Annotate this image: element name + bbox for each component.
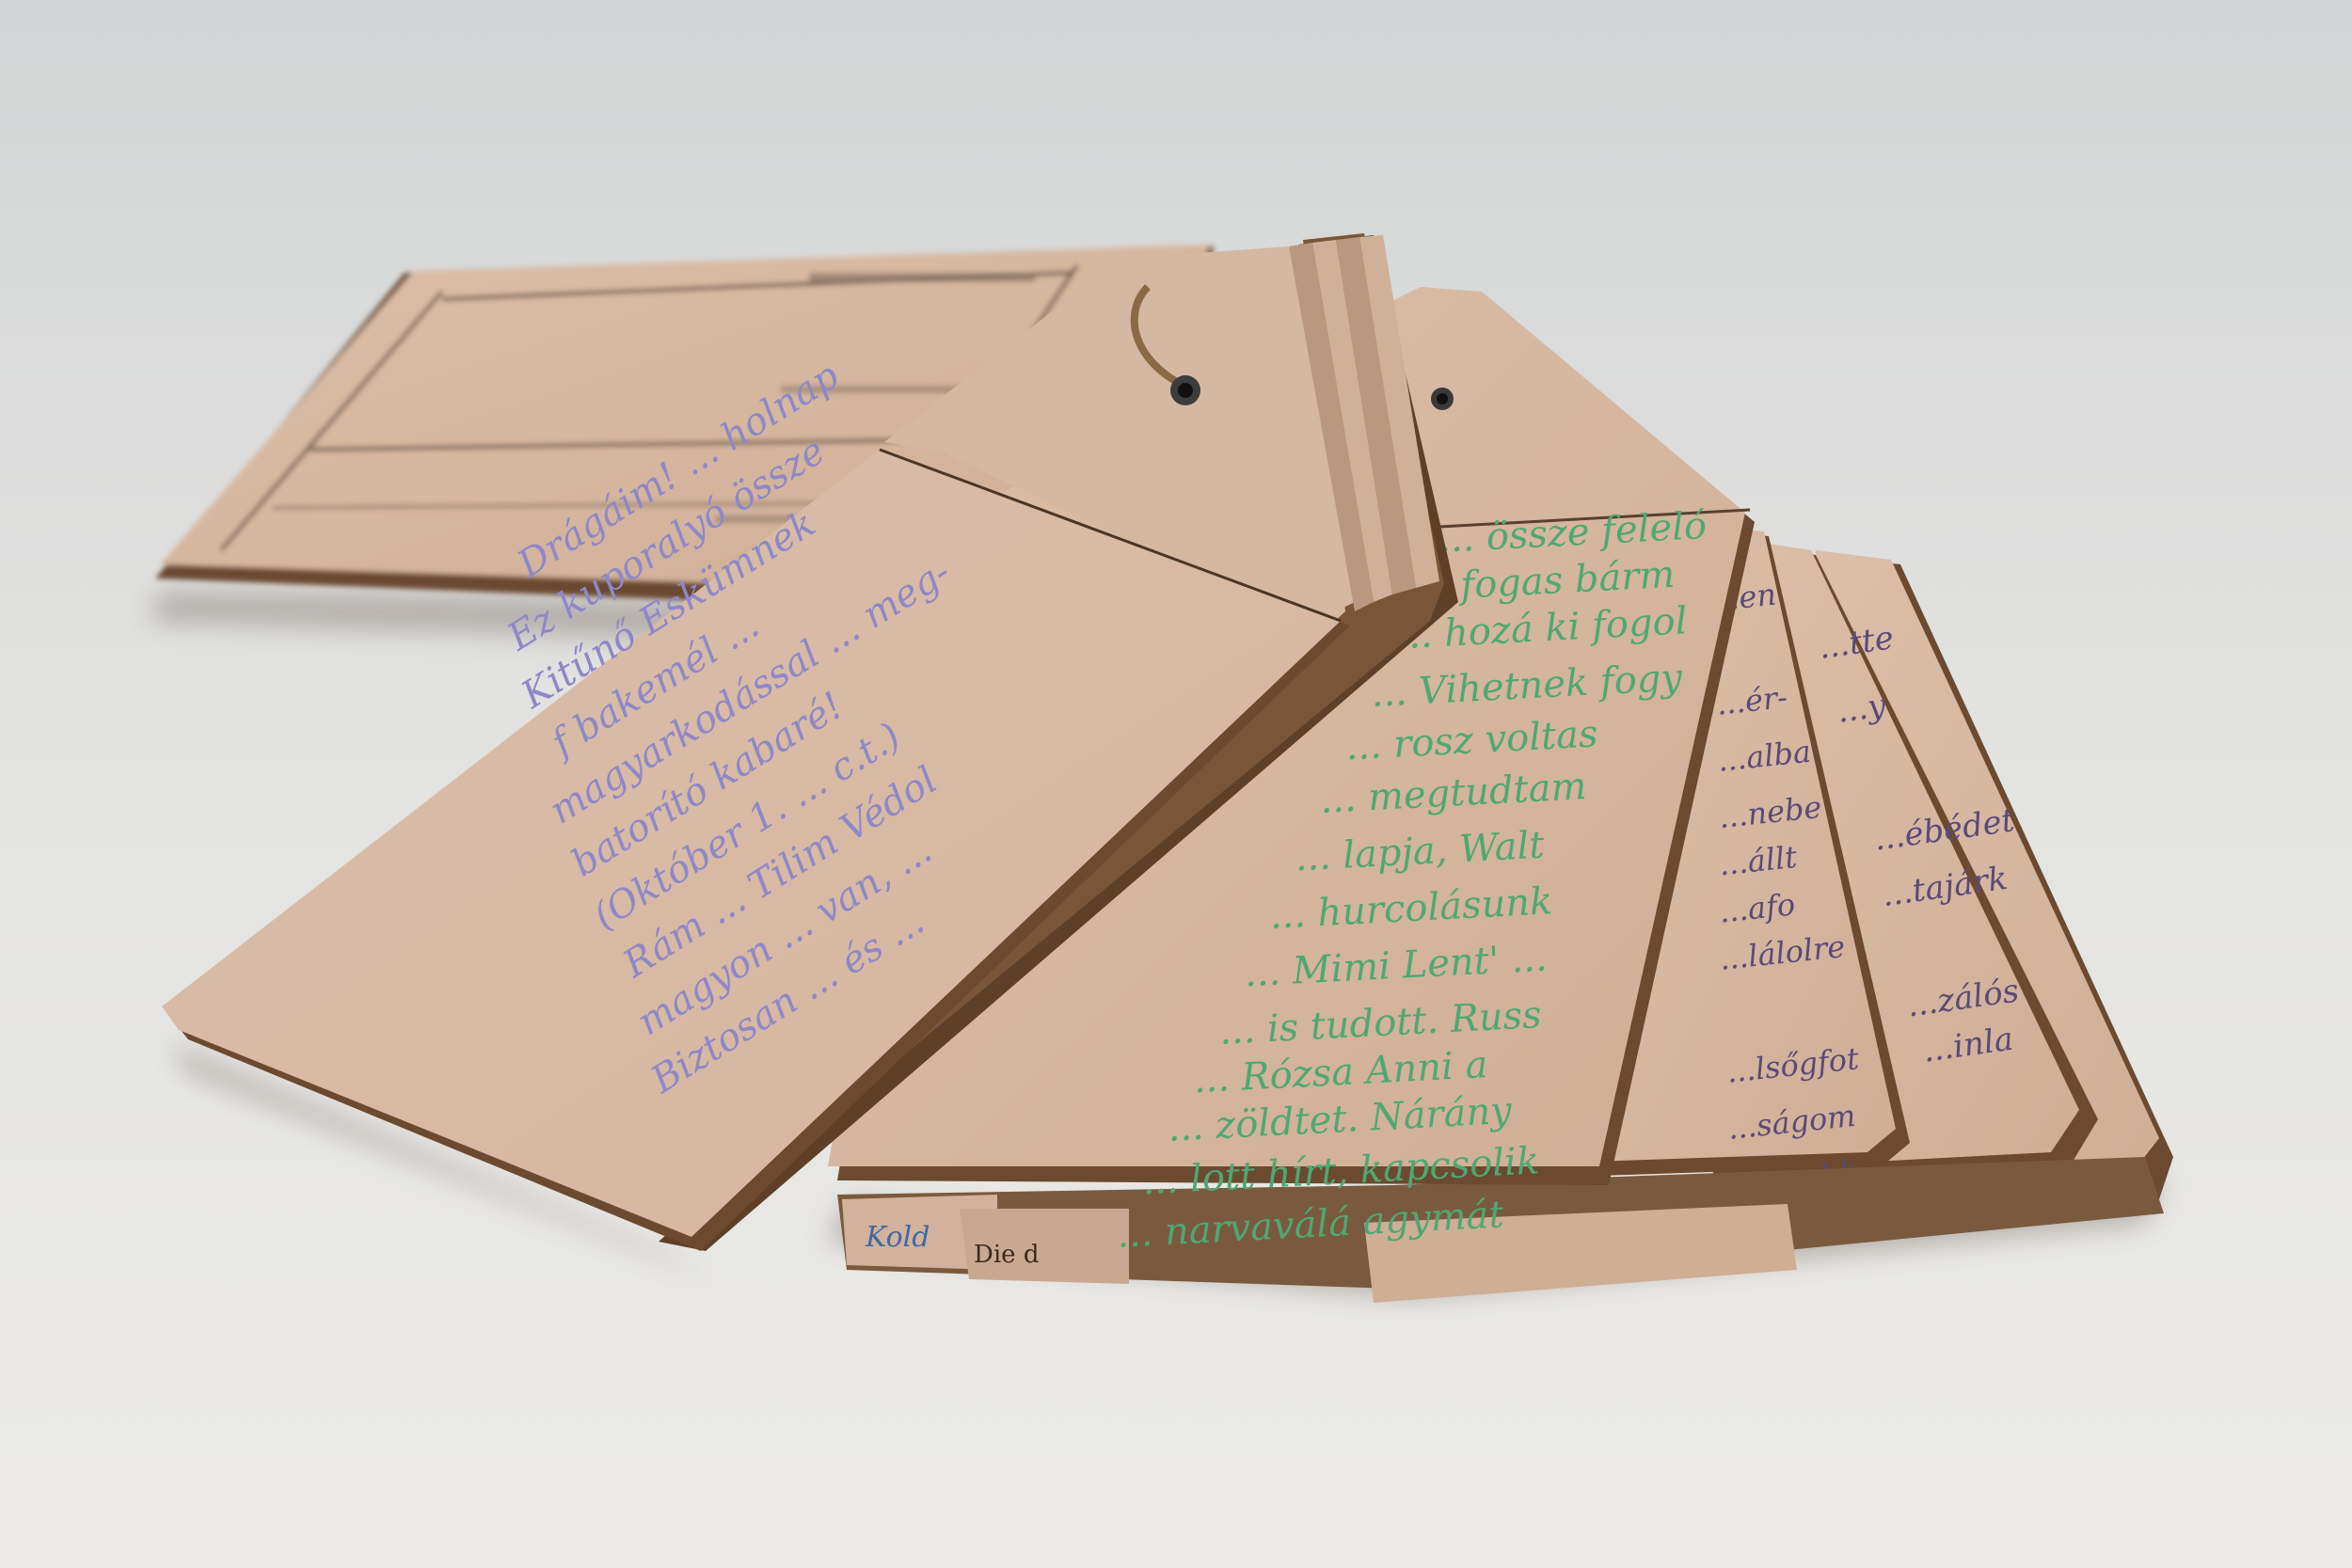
photo-scene: ...tte ...y ...ébédet ...tajárk ...zálós… — [0, 0, 2352, 1568]
cards-illustration: ...tte ...y ...ébédet ...tajárk ...zálós… — [0, 0, 2352, 1568]
edge-fragment-2: Die d — [974, 1241, 1039, 1269]
edge-fragment-1: Kold — [865, 1221, 930, 1254]
